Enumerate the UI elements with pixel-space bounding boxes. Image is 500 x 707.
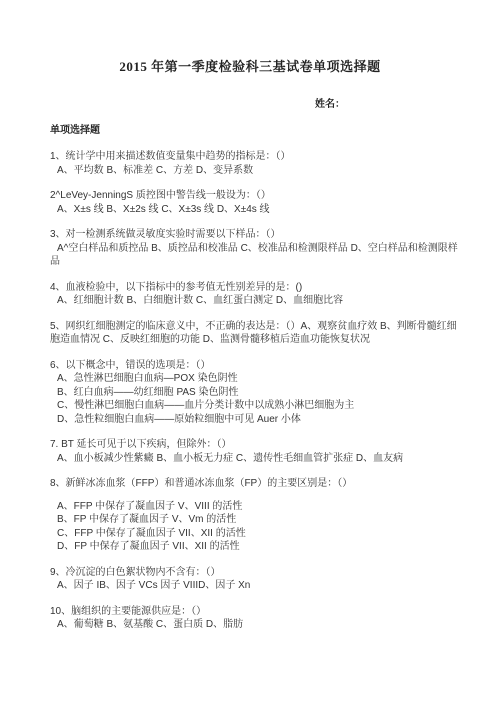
question-block: 3、对一检测系统做灵敏度实验时需要以下样品：（）A^空白样品和质控品 B、质控品… [50,228,460,269]
question-options: A、平均数 B、标准差 C、方差 D、变异系数 [50,164,460,178]
option-line: A、因子 IB、因子 VCs 因子 VIIID、因子 Xn [50,579,460,593]
question-stem: 7. BT 延长可见于以下疾病，但除外：（） [50,438,460,452]
document-title: 2015 年第一季度检验科三基试卷单项选择题 [0,0,500,75]
question-block: 2^LeVey-JenningS 质控图中警告线一般设为：（）A、X±s 线 B… [50,189,460,216]
option-line: B、FP 中保存了凝血因子 V、Vm 的活性 [50,513,460,527]
question-block: 9、冷沉淀的白色絮状物内不含有：（）A、因子 IB、因子 VCs 因子 VIII… [50,566,460,593]
option-line: C、慢性淋巴细胞白血病——血片分类计数中以成熟小淋巴细胞为主 [50,399,460,413]
option-line: C、FFP 中保存了凝血因子 VII、XII 的活性 [50,527,460,541]
questions-list: 1、统计学中用来描述数值变量集中趋势的指标是：（）A、平均数 B、标准差 C、方… [50,150,460,632]
option-line: A、急性淋巴细胞白血病—POX 染色阴性 [50,372,460,386]
option-line: A、葡萄糖 B、氨基酸 C、蛋白质 D、脂肪 [50,618,460,632]
option-line: D、急性粒细胞白血病——原始粒细胞中可见 Auer 小体 [50,413,460,427]
question-block: 1、统计学中用来描述数值变量集中趋势的指标是：（）A、平均数 B、标准差 C、方… [50,150,460,177]
question-stem: 3、对一检测系统做灵敏度实验时需要以下样品：（） [50,228,460,242]
question-block: 10、脑组织的主要能源供应是：（）A、葡萄糖 B、氨基酸 C、蛋白质 D、脂肪 [50,605,460,632]
question-block: 7. BT 延长可见于以下疾病，但除外：（）A、血小板减少性紫癜 B、血小板无力… [50,438,460,465]
question-stem: 1、统计学中用来描述数值变量集中趋势的指标是：（） [50,150,460,164]
option-line: D、FP 中保存了凝血因子 VII、XII 的活性 [50,540,460,554]
question-stem: 8、新鲜冰冻血浆（FFP）和普通冰冻血浆（FP）的主要区别是：（） [50,477,460,491]
question-block: 4、血液检验中，以下指标中的参考值无性别差异的是：()A、红细胞计数 B、白细胞… [50,281,460,308]
question-stem: 5、网织红细胞测定的临床意义中，不正确的表达是：（）A、观察贫血疗效 B、判断骨… [50,320,460,347]
name-field-label: 姓名： [315,95,500,110]
question-options: A、葡萄糖 B、氨基酸 C、蛋白质 D、脂肪 [50,618,460,632]
question-stem: 4、血液检验中，以下指标中的参考值无性别差异的是：() [50,281,460,295]
question-stem: 9、冷沉淀的白色絮状物内不含有：（） [50,566,460,580]
option-line: A、血小板减少性紫癜 B、血小板无力症 C、遗传性毛细血管扩张症 D、血友病 [50,452,460,466]
section-heading: 单项选择题 [50,121,500,136]
document-page: 2015 年第一季度检验科三基试卷单项选择题 姓名： 单项选择题 1、统计学中用… [0,0,500,707]
question-options: A、X±s 线 B、X±2s 线 C、X±3s 线 D、X±4s 线 [50,203,460,217]
question-block: 8、新鲜冰冻血浆（FFP）和普通冰冻血浆（FP）的主要区别是：（）A、FFP 中… [50,477,460,554]
question-stem: 2^LeVey-JenningS 质控图中警告线一般设为：（） [50,189,460,203]
option-line: A^空白样品和质控品 B、质控品和校准品 C、校准品和检测限样品 D、空白样品和… [50,242,460,269]
question-stem: 6、以下概念中，错误的选项是：（） [50,359,460,373]
question-stem: 10、脑组织的主要能源供应是：（） [50,605,460,619]
question-block: 5、网织红细胞测定的临床意义中，不正确的表达是：（）A、观察贫血疗效 B、判断骨… [50,320,460,347]
option-line: A、红细胞计数 B、白细胞计数 C、血红蛋白测定 D、血细胞比容 [50,294,460,308]
question-options: A、红细胞计数 B、白细胞计数 C、血红蛋白测定 D、血细胞比容 [50,294,460,308]
option-line: A、X±s 线 B、X±2s 线 C、X±3s 线 D、X±4s 线 [50,203,460,217]
question-options: A、血小板减少性紫癜 B、血小板无力症 C、遗传性毛细血管扩张症 D、血友病 [50,452,460,466]
option-line: B、红白血病——幼红细胞 PAS 染色阴性 [50,386,460,400]
question-options: A、急性淋巴细胞白血病—POX 染色阴性B、红白血病——幼红细胞 PAS 染色阴… [50,372,460,426]
option-line: A、平均数 B、标准差 C、方差 D、变异系数 [50,164,460,178]
question-block: 6、以下概念中，错误的选项是：（）A、急性淋巴细胞白血病—POX 染色阴性B、红… [50,359,460,427]
option-line: A、FFP 中保存了凝血因子 V、VIII 的活性 [50,500,460,514]
question-options: A、因子 IB、因子 VCs 因子 VIIID、因子 Xn [50,579,460,593]
question-options: A^空白样品和质控品 B、质控品和校准品 C、校准品和检测限样品 D、空白样品和… [50,242,460,269]
question-options: A、FFP 中保存了凝血因子 V、VIII 的活性B、FP 中保存了凝血因子 V… [50,500,460,554]
